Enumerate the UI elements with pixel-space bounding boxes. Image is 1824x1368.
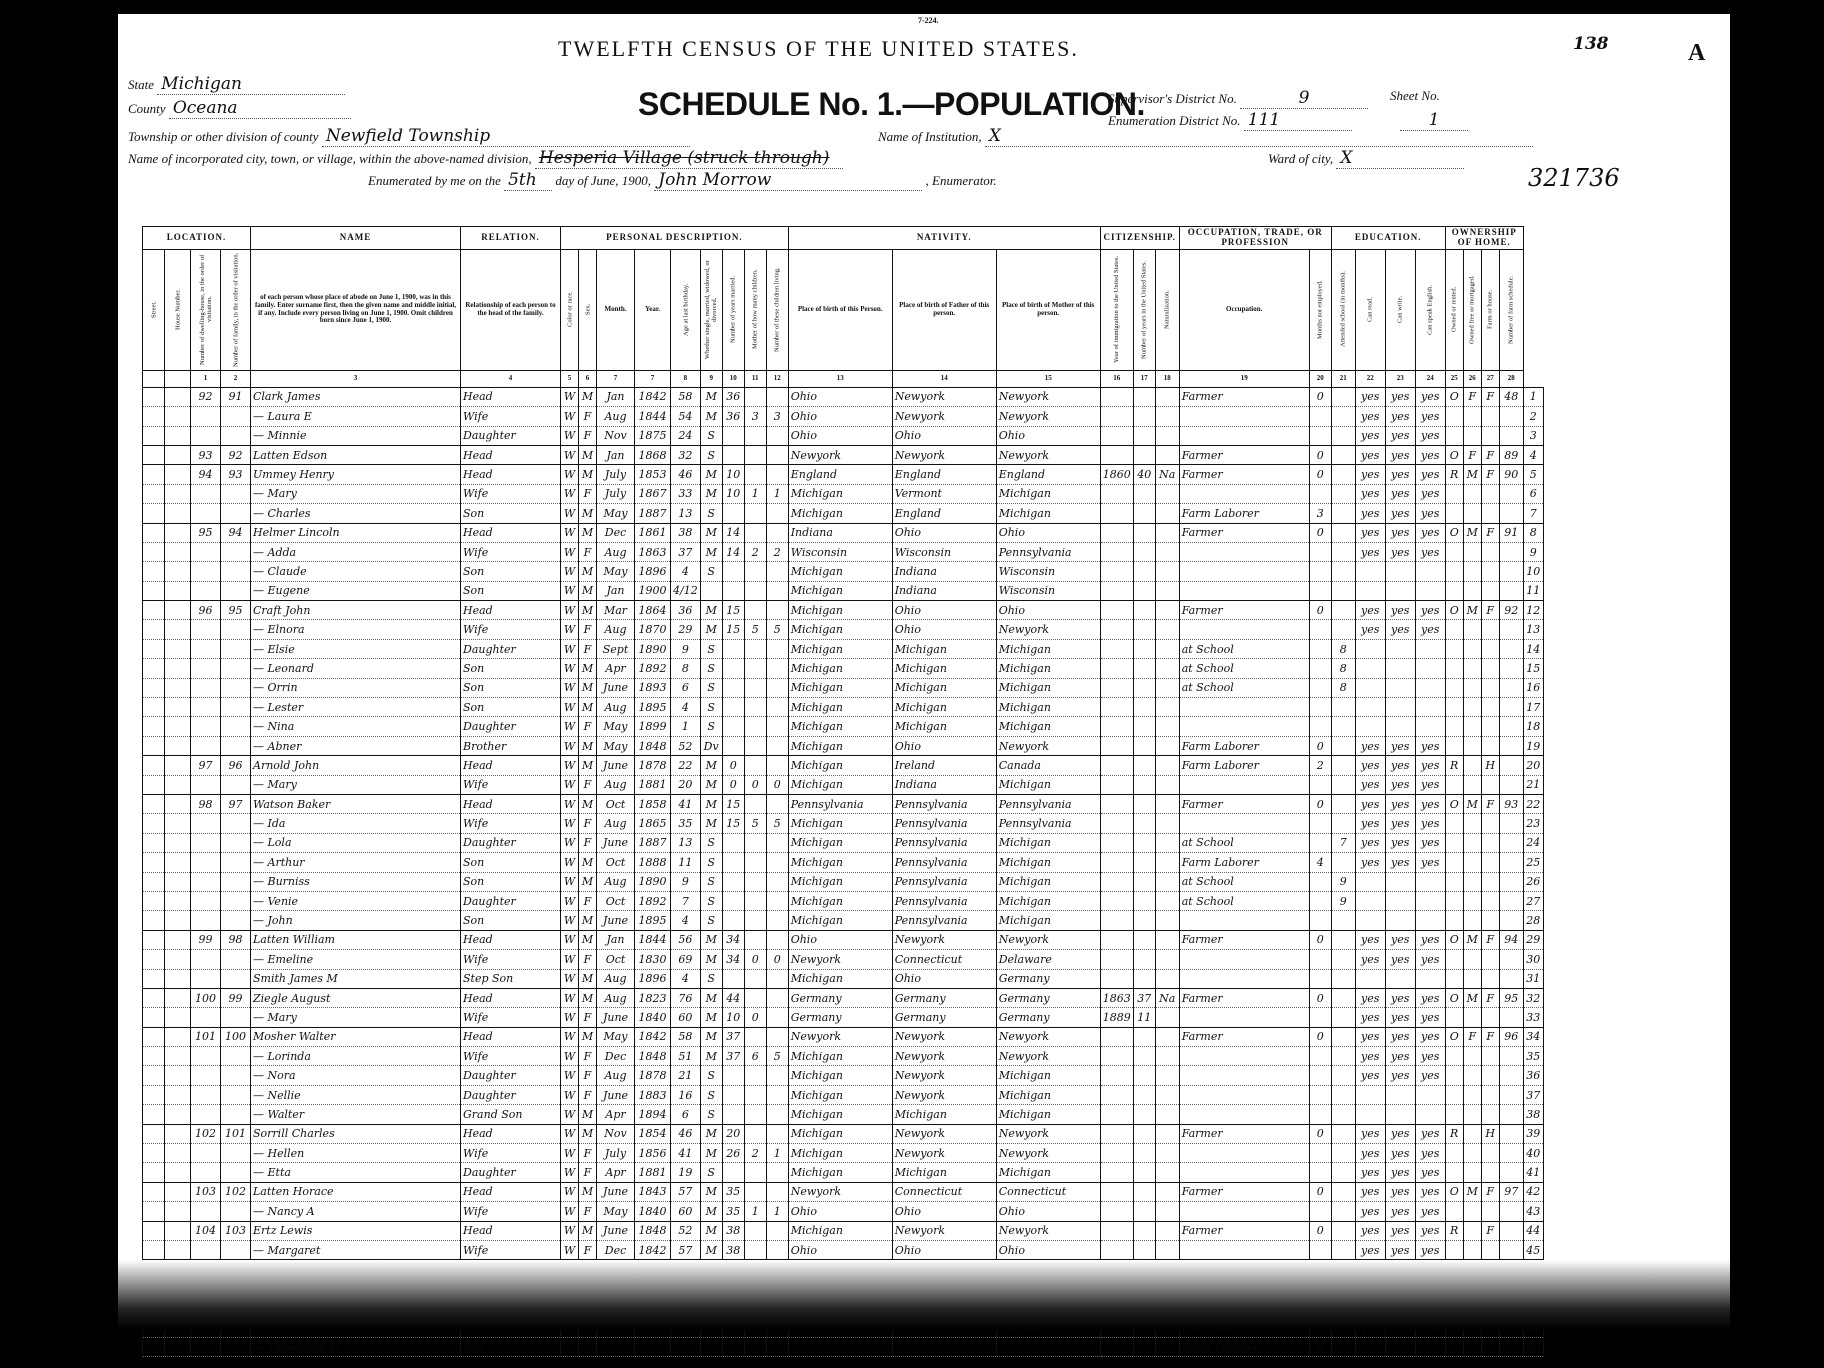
- house-number-cell: [165, 1260, 191, 1279]
- family-number-cell: [221, 1279, 251, 1298]
- birth-year-cell: 1890: [635, 639, 671, 658]
- dwelling-number-cell: [191, 542, 221, 561]
- farm-house-cell: [1481, 1144, 1499, 1163]
- birth-year-cell: 1842: [635, 1240, 671, 1259]
- color-cell: W: [561, 833, 579, 852]
- color-cell: W: [561, 756, 579, 775]
- birth-year-cell: 1883: [635, 1085, 671, 1104]
- person-name-cell: Smith James M: [251, 969, 461, 988]
- birth-month-cell: [597, 1299, 635, 1318]
- can-write-cell: yes: [1385, 1124, 1415, 1143]
- street-cell: [143, 387, 165, 406]
- mother-birthplace-cell: Ohio: [996, 523, 1100, 542]
- color-cell: [561, 1318, 579, 1337]
- can-read-cell: yes: [1355, 1202, 1385, 1221]
- can-read-cell: yes: [1355, 1008, 1385, 1027]
- children-born-cell: [744, 678, 766, 697]
- can-write-cell: yes: [1385, 950, 1415, 969]
- years-in-us-cell: [1133, 1318, 1155, 1337]
- column-number: 22: [1355, 370, 1385, 387]
- naturalization-cell: [1155, 1279, 1179, 1298]
- mother-birthplace-cell: Wisconsin: [996, 562, 1100, 581]
- years-in-us-cell: [1133, 853, 1155, 872]
- line-number: 41: [1523, 1163, 1543, 1182]
- naturalization-cell: [1155, 698, 1179, 717]
- father-birthplace-cell: Michigan: [892, 1163, 996, 1182]
- sex-cell: M: [579, 659, 597, 678]
- street-cell: [143, 1318, 165, 1337]
- owned-rented-cell: [1445, 872, 1463, 891]
- can-write-cell: yes: [1385, 542, 1415, 561]
- birthplace-cell: Michigan: [788, 562, 892, 581]
- relation-cell: Daughter: [461, 717, 561, 736]
- birth-month-cell: Apr: [597, 1105, 635, 1124]
- years-in-us-cell: [1133, 659, 1155, 678]
- farm-schedule-cell: [1499, 639, 1523, 658]
- naturalization-cell: [1155, 581, 1179, 600]
- institution-field: Name of Institution, X: [878, 126, 1533, 147]
- months-not-employed-cell: [1309, 950, 1331, 969]
- family-number-cell: [221, 1085, 251, 1104]
- immigration-year-cell: [1100, 911, 1133, 930]
- township-label: Township or other division of county: [128, 129, 319, 144]
- col-pob-mother: Place of birth of Mother of this person.: [996, 249, 1100, 370]
- farm-house-cell: F: [1481, 1260, 1499, 1279]
- sex-cell: F: [579, 814, 597, 833]
- speaks-english-cell: yes: [1415, 814, 1445, 833]
- owned-rented-cell: O: [1445, 523, 1463, 542]
- marital-status-cell: M: [700, 407, 722, 426]
- father-birthplace-cell: Indiana: [892, 581, 996, 600]
- years-in-us-cell: [1133, 1066, 1155, 1085]
- mother-birthplace-cell: Ohio: [996, 1202, 1100, 1221]
- father-birthplace-cell: Wisconsin: [892, 542, 996, 561]
- father-birthplace-cell: Michigan: [892, 717, 996, 736]
- sex-cell: M: [579, 853, 597, 872]
- immigration-year-cell: [1100, 1260, 1133, 1279]
- speaks-english-cell: [1415, 581, 1445, 600]
- can-read-cell: yes: [1355, 542, 1385, 561]
- sex-cell: F: [579, 1066, 597, 1085]
- birth-year-cell: 1895: [635, 698, 671, 717]
- naturalization-cell: [1155, 911, 1179, 930]
- farm-house-cell: F: [1481, 988, 1499, 1007]
- person-name-cell: Helmer Lincoln: [251, 523, 461, 542]
- years-in-us-cell: [1133, 1085, 1155, 1104]
- occupation-cell: [1179, 698, 1309, 717]
- birthplace-cell: Michigan: [788, 639, 892, 658]
- farm-house-cell: [1481, 969, 1499, 988]
- occupation-cell: [1179, 775, 1309, 794]
- farm-schedule-cell: [1499, 562, 1523, 581]
- years-married-cell: [722, 1085, 744, 1104]
- street-cell: [143, 562, 165, 581]
- months-not-employed-cell: 0: [1309, 601, 1331, 620]
- street-cell: [143, 1202, 165, 1221]
- person-name-cell: Ummey Henry: [251, 465, 461, 484]
- children-living-cell: [766, 504, 788, 523]
- naturalization-cell: [1155, 891, 1179, 910]
- owned-rented-cell: [1445, 678, 1463, 697]
- can-read-cell: yes: [1355, 445, 1385, 464]
- years-married-cell: [722, 1066, 744, 1085]
- sex-cell: F: [579, 426, 597, 445]
- occupation-cell: [1179, 1240, 1309, 1259]
- marital-status-cell: S: [700, 639, 722, 658]
- person-name-cell: — Arthur: [251, 853, 461, 872]
- school-months-cell: 9: [1331, 872, 1355, 891]
- line-number: 46: [1523, 1260, 1543, 1279]
- farm-house-cell: [1481, 562, 1499, 581]
- months-not-employed-cell: 0: [1309, 1027, 1331, 1046]
- birthplace-cell: Michigan: [788, 833, 892, 852]
- marital-status-cell: M: [700, 1008, 722, 1027]
- house-number-cell: [165, 659, 191, 678]
- children-living-cell: [766, 639, 788, 658]
- children-born-cell: [744, 1027, 766, 1046]
- farm-house-cell: [1481, 620, 1499, 639]
- col-write: Can write.: [1385, 249, 1415, 370]
- school-months-cell: [1331, 407, 1355, 426]
- table-row: — CharlesSonWMMay188713SMichiganEnglandM…: [143, 504, 1544, 523]
- table-row: — BurnissSonWMAug18909SMichiganPennsylva…: [143, 872, 1544, 891]
- can-write-cell: yes: [1385, 1299, 1415, 1318]
- house-number-cell: [165, 407, 191, 426]
- sex-cell: F: [579, 1163, 597, 1182]
- years-married-cell: [722, 736, 744, 755]
- street-cell: [143, 484, 165, 503]
- relation-cell: Daughter: [461, 1066, 561, 1085]
- birthplace-cell: Michigan: [788, 678, 892, 697]
- free-mortgaged-cell: F: [1463, 1027, 1481, 1046]
- years-married-cell: 37: [722, 1027, 744, 1046]
- dwelling-number-cell: [191, 562, 221, 581]
- owned-rented-cell: [1445, 1337, 1463, 1356]
- farm-schedule-cell: [1499, 911, 1523, 930]
- naturalization-cell: [1155, 1337, 1179, 1356]
- line-number: 2: [1523, 407, 1543, 426]
- birth-month-cell: May: [597, 717, 635, 736]
- years-in-us-cell: [1133, 581, 1155, 600]
- speaks-english-cell: yes: [1415, 1008, 1445, 1027]
- birth-month-cell: Dec: [597, 1240, 635, 1259]
- person-name-cell: Clark James: [251, 387, 461, 406]
- col-marital: Whether single, married, widowed, or div…: [700, 249, 722, 370]
- school-months-cell: [1331, 581, 1355, 600]
- page-letter: A: [1688, 40, 1705, 67]
- school-months-cell: 8: [1331, 639, 1355, 658]
- school-months-cell: [1331, 1337, 1355, 1356]
- birth-month-cell: Oct: [597, 891, 635, 910]
- dwelling-number-cell: [191, 659, 221, 678]
- months-not-employed-cell: [1309, 1163, 1331, 1182]
- farm-schedule-cell: [1499, 1085, 1523, 1104]
- family-number-cell: [221, 891, 251, 910]
- free-mortgaged-cell: [1463, 678, 1481, 697]
- immigration-year-cell: [1100, 717, 1133, 736]
- person-name-cell: — Claude: [251, 562, 461, 581]
- naturalization-cell: [1155, 601, 1179, 620]
- marital-status-cell: M: [700, 542, 722, 561]
- population-table: LOCATION. NAME RELATION. PERSONAL DESCRI…: [142, 226, 1544, 1357]
- family-number-cell: [221, 1337, 251, 1356]
- school-months-cell: [1331, 1105, 1355, 1124]
- age-cell: 1: [671, 717, 701, 736]
- naturalization-cell: [1155, 1240, 1179, 1259]
- street-cell: [143, 639, 165, 658]
- immigration-year-cell: [1100, 1299, 1133, 1318]
- owned-rented-cell: O: [1445, 1260, 1463, 1279]
- mother-birthplace-cell: Delaware: [996, 950, 1100, 969]
- occupation-cell: [1179, 1279, 1309, 1298]
- street-cell: [143, 756, 165, 775]
- farm-house-cell: [1481, 717, 1499, 736]
- person-name-cell: — Nellie: [251, 1085, 461, 1104]
- table-row: 9998Latten WilliamHeadWMJan184456M34Ohio…: [143, 930, 1544, 949]
- father-birthplace-cell: Ohio: [892, 601, 996, 620]
- table-row: — MargaretWifeWFMEnglandEngland186535yes…: [143, 1279, 1544, 1298]
- free-mortgaged-cell: [1463, 1240, 1481, 1259]
- months-not-employed-cell: 0: [1309, 1182, 1331, 1201]
- free-mortgaged-cell: [1463, 1066, 1481, 1085]
- age-cell: 11: [671, 853, 701, 872]
- can-read-cell: yes: [1355, 1260, 1385, 1279]
- father-birthplace-cell: Michigan: [892, 659, 996, 678]
- street-cell: [143, 911, 165, 930]
- owned-rented-cell: [1445, 620, 1463, 639]
- street-cell: [143, 445, 165, 464]
- marital-status-cell: M: [700, 1221, 722, 1240]
- dwelling-number-cell: [191, 1008, 221, 1027]
- color-cell: W: [561, 484, 579, 503]
- person-name-cell: — John: [251, 1318, 461, 1337]
- children-born-cell: [744, 736, 766, 755]
- farm-schedule-cell: [1499, 891, 1523, 910]
- naturalization-cell: [1155, 407, 1179, 426]
- can-read-cell: [1355, 698, 1385, 717]
- birth-year-cell: 1848: [635, 1047, 671, 1066]
- years-married-cell: 38: [722, 1221, 744, 1240]
- family-number-cell: [221, 775, 251, 794]
- line-number: 40: [1523, 1144, 1543, 1163]
- group-ownership: OWNERSHIP OF HOME.: [1445, 227, 1523, 250]
- father-birthplace-cell: England: [892, 1279, 996, 1298]
- years-married-cell: 15: [722, 620, 744, 639]
- months-not-employed-cell: 0: [1309, 1318, 1331, 1337]
- can-read-cell: [1355, 562, 1385, 581]
- relation-cell: Head: [461, 523, 561, 542]
- farm-house-cell: [1481, 814, 1499, 833]
- years-married-cell: [722, 659, 744, 678]
- table-row: 101100Mosher WalterHeadWMMay184258M37New…: [143, 1027, 1544, 1046]
- dwelling-number-cell: [191, 736, 221, 755]
- farm-house-cell: [1481, 581, 1499, 600]
- school-months-cell: [1331, 794, 1355, 813]
- marital-status-cell: S: [700, 717, 722, 736]
- can-read-cell: yes: [1355, 833, 1385, 852]
- farm-house-cell: [1481, 504, 1499, 523]
- marital-status-cell: S: [700, 853, 722, 872]
- marital-status-cell: M: [700, 1260, 722, 1279]
- speaks-english-cell: yes: [1415, 387, 1445, 406]
- months-not-employed-cell: 0: [1309, 930, 1331, 949]
- can-read-cell: [1355, 911, 1385, 930]
- relation-cell: Wife: [461, 620, 561, 639]
- mother-birthplace-cell: Michigan: [996, 891, 1100, 910]
- immigration-year-cell: [1100, 930, 1133, 949]
- naturalization-cell: [1155, 814, 1179, 833]
- color-cell: W: [561, 1163, 579, 1182]
- birth-year-cell: 1848: [635, 736, 671, 755]
- family-number-cell: 100: [221, 1027, 251, 1046]
- mother-birthplace-cell: Michigan: [996, 484, 1100, 503]
- table-row: — AbnerBrotherWMMay184852DvMichiganOhioN…: [143, 736, 1544, 755]
- marital-status-cell: [700, 581, 722, 600]
- sex-cell: F: [579, 407, 597, 426]
- speaks-english-cell: yes: [1415, 1260, 1445, 1279]
- owned-rented-cell: [1445, 1163, 1463, 1182]
- months-not-employed-cell: 2: [1309, 756, 1331, 775]
- birthplace-cell: Michigan: [788, 775, 892, 794]
- months-not-employed-cell: 0: [1309, 465, 1331, 484]
- can-write-cell: [1385, 659, 1415, 678]
- relation-cell: Head: [461, 930, 561, 949]
- owned-rented-cell: [1445, 426, 1463, 445]
- color-cell: W: [561, 1221, 579, 1240]
- farm-schedule-cell: 97: [1499, 1182, 1523, 1201]
- birthplace-cell: Germany: [788, 988, 892, 1007]
- family-number-cell: [221, 717, 251, 736]
- can-write-cell: yes: [1385, 988, 1415, 1007]
- immigration-year-cell: [1100, 1318, 1133, 1337]
- col-name: of each person whose place of abode on J…: [251, 249, 461, 370]
- table-row: — OrrinSonWMJune18936SMichiganMichiganMi…: [143, 678, 1544, 697]
- free-mortgaged-cell: M: [1463, 1260, 1481, 1279]
- farm-house-cell: F: [1481, 465, 1499, 484]
- naturalization-cell: [1155, 853, 1179, 872]
- relation-cell: Head: [461, 1027, 561, 1046]
- free-mortgaged-cell: F: [1463, 445, 1481, 464]
- naturalization-cell: [1155, 659, 1179, 678]
- immigration-year-cell: [1100, 1240, 1133, 1259]
- person-name-cell: Mosher Walter: [251, 1027, 461, 1046]
- dwelling-number-cell: [191, 1163, 221, 1182]
- col-pob-father: Place of birth of Father of this person.: [892, 249, 996, 370]
- street-cell: [143, 1047, 165, 1066]
- color-cell: W: [561, 1202, 579, 1221]
- farm-house-cell: [1481, 698, 1499, 717]
- birthplace-cell: Newyork: [788, 445, 892, 464]
- immigration-year-cell: 1863: [1100, 988, 1133, 1007]
- street-cell: [143, 1124, 165, 1143]
- county-value: Oceana: [169, 98, 351, 119]
- occupation-cell: [1179, 814, 1309, 833]
- years-married-cell: 14: [722, 542, 744, 561]
- speaks-english-cell: [1415, 659, 1445, 678]
- age-cell: 13: [671, 833, 701, 852]
- months-not-employed-cell: [1309, 620, 1331, 639]
- birth-month-cell: Aug: [597, 988, 635, 1007]
- family-number-cell: [221, 1144, 251, 1163]
- dwelling-number-cell: [191, 1318, 221, 1337]
- free-mortgaged-cell: [1463, 1202, 1481, 1221]
- birthplace-cell: Michigan: [788, 1163, 892, 1182]
- can-read-cell: yes: [1355, 756, 1385, 775]
- years-married-cell: [722, 1337, 744, 1356]
- street-cell: [143, 1260, 165, 1279]
- street-cell: [143, 833, 165, 852]
- house-number-cell: [165, 814, 191, 833]
- person-name-cell: — Lorinda: [251, 1047, 461, 1066]
- marital-status-cell: M: [700, 1279, 722, 1298]
- farm-schedule-cell: [1499, 1202, 1523, 1221]
- age-cell: 57: [671, 1240, 701, 1259]
- street-cell: [143, 969, 165, 988]
- years-in-us-cell: [1133, 756, 1155, 775]
- children-living-cell: [766, 523, 788, 542]
- children-born-cell: [744, 1337, 766, 1356]
- age-cell: 4/12: [671, 581, 701, 600]
- children-living-cell: [766, 1260, 788, 1279]
- children-born-cell: [744, 1124, 766, 1143]
- father-birthplace-cell: Pennsylvania: [892, 891, 996, 910]
- street-cell: [143, 1221, 165, 1240]
- table-row: 9493Ummey HenryHeadWMJuly185346M10Englan…: [143, 465, 1544, 484]
- farm-house-cell: F: [1481, 445, 1499, 464]
- family-number-cell: [221, 853, 251, 872]
- relation-cell: Head: [461, 387, 561, 406]
- age-cell: 6: [671, 1105, 701, 1124]
- relation-cell: Son: [461, 562, 561, 581]
- years-in-us-cell: [1133, 562, 1155, 581]
- can-read-cell: [1355, 1337, 1385, 1356]
- age-cell: 52: [671, 736, 701, 755]
- occupation-cell: Farmer: [1179, 1260, 1309, 1279]
- age-cell: 16: [671, 1085, 701, 1104]
- house-number-cell: [165, 1318, 191, 1337]
- occupation-cell: [1179, 484, 1309, 503]
- immigration-year-cell: [1100, 969, 1133, 988]
- father-birthplace-cell: Newyork: [892, 1221, 996, 1240]
- years-in-us-cell: [1133, 1163, 1155, 1182]
- birth-month-cell: Aug: [597, 620, 635, 639]
- column-number: 19: [1179, 370, 1309, 387]
- birth-year-cell: 1881: [635, 1163, 671, 1182]
- speaks-english-cell: yes: [1415, 736, 1445, 755]
- can-write-cell: yes: [1385, 504, 1415, 523]
- father-birthplace-cell: Nova Scotia: [892, 1260, 996, 1279]
- enumerated-day: 5th: [504, 170, 552, 191]
- marital-status-cell: S: [700, 1163, 722, 1182]
- family-number-cell: 102: [221, 1182, 251, 1201]
- city-field: Name of incorporated city, town, or vill…: [128, 148, 843, 169]
- birth-year-cell: 1896: [635, 562, 671, 581]
- farm-schedule-cell: [1499, 1279, 1523, 1298]
- col-relation: Relationship of each person to the head …: [461, 249, 561, 370]
- color-cell: W: [561, 1260, 579, 1279]
- birthplace-cell: Michigan: [788, 872, 892, 891]
- col-immigration: Year of immigration to the United States…: [1100, 249, 1133, 370]
- speaks-english-cell: [1415, 639, 1445, 658]
- archive-stamp: 321736: [1528, 164, 1620, 192]
- house-number-cell: [165, 1047, 191, 1066]
- farm-house-cell: [1481, 775, 1499, 794]
- months-not-employed-cell: [1309, 1299, 1331, 1318]
- immigration-year-cell: [1100, 445, 1133, 464]
- family-number-cell: [221, 1008, 251, 1027]
- speaks-english-cell: yes: [1415, 833, 1445, 852]
- owned-rented-cell: [1445, 1085, 1463, 1104]
